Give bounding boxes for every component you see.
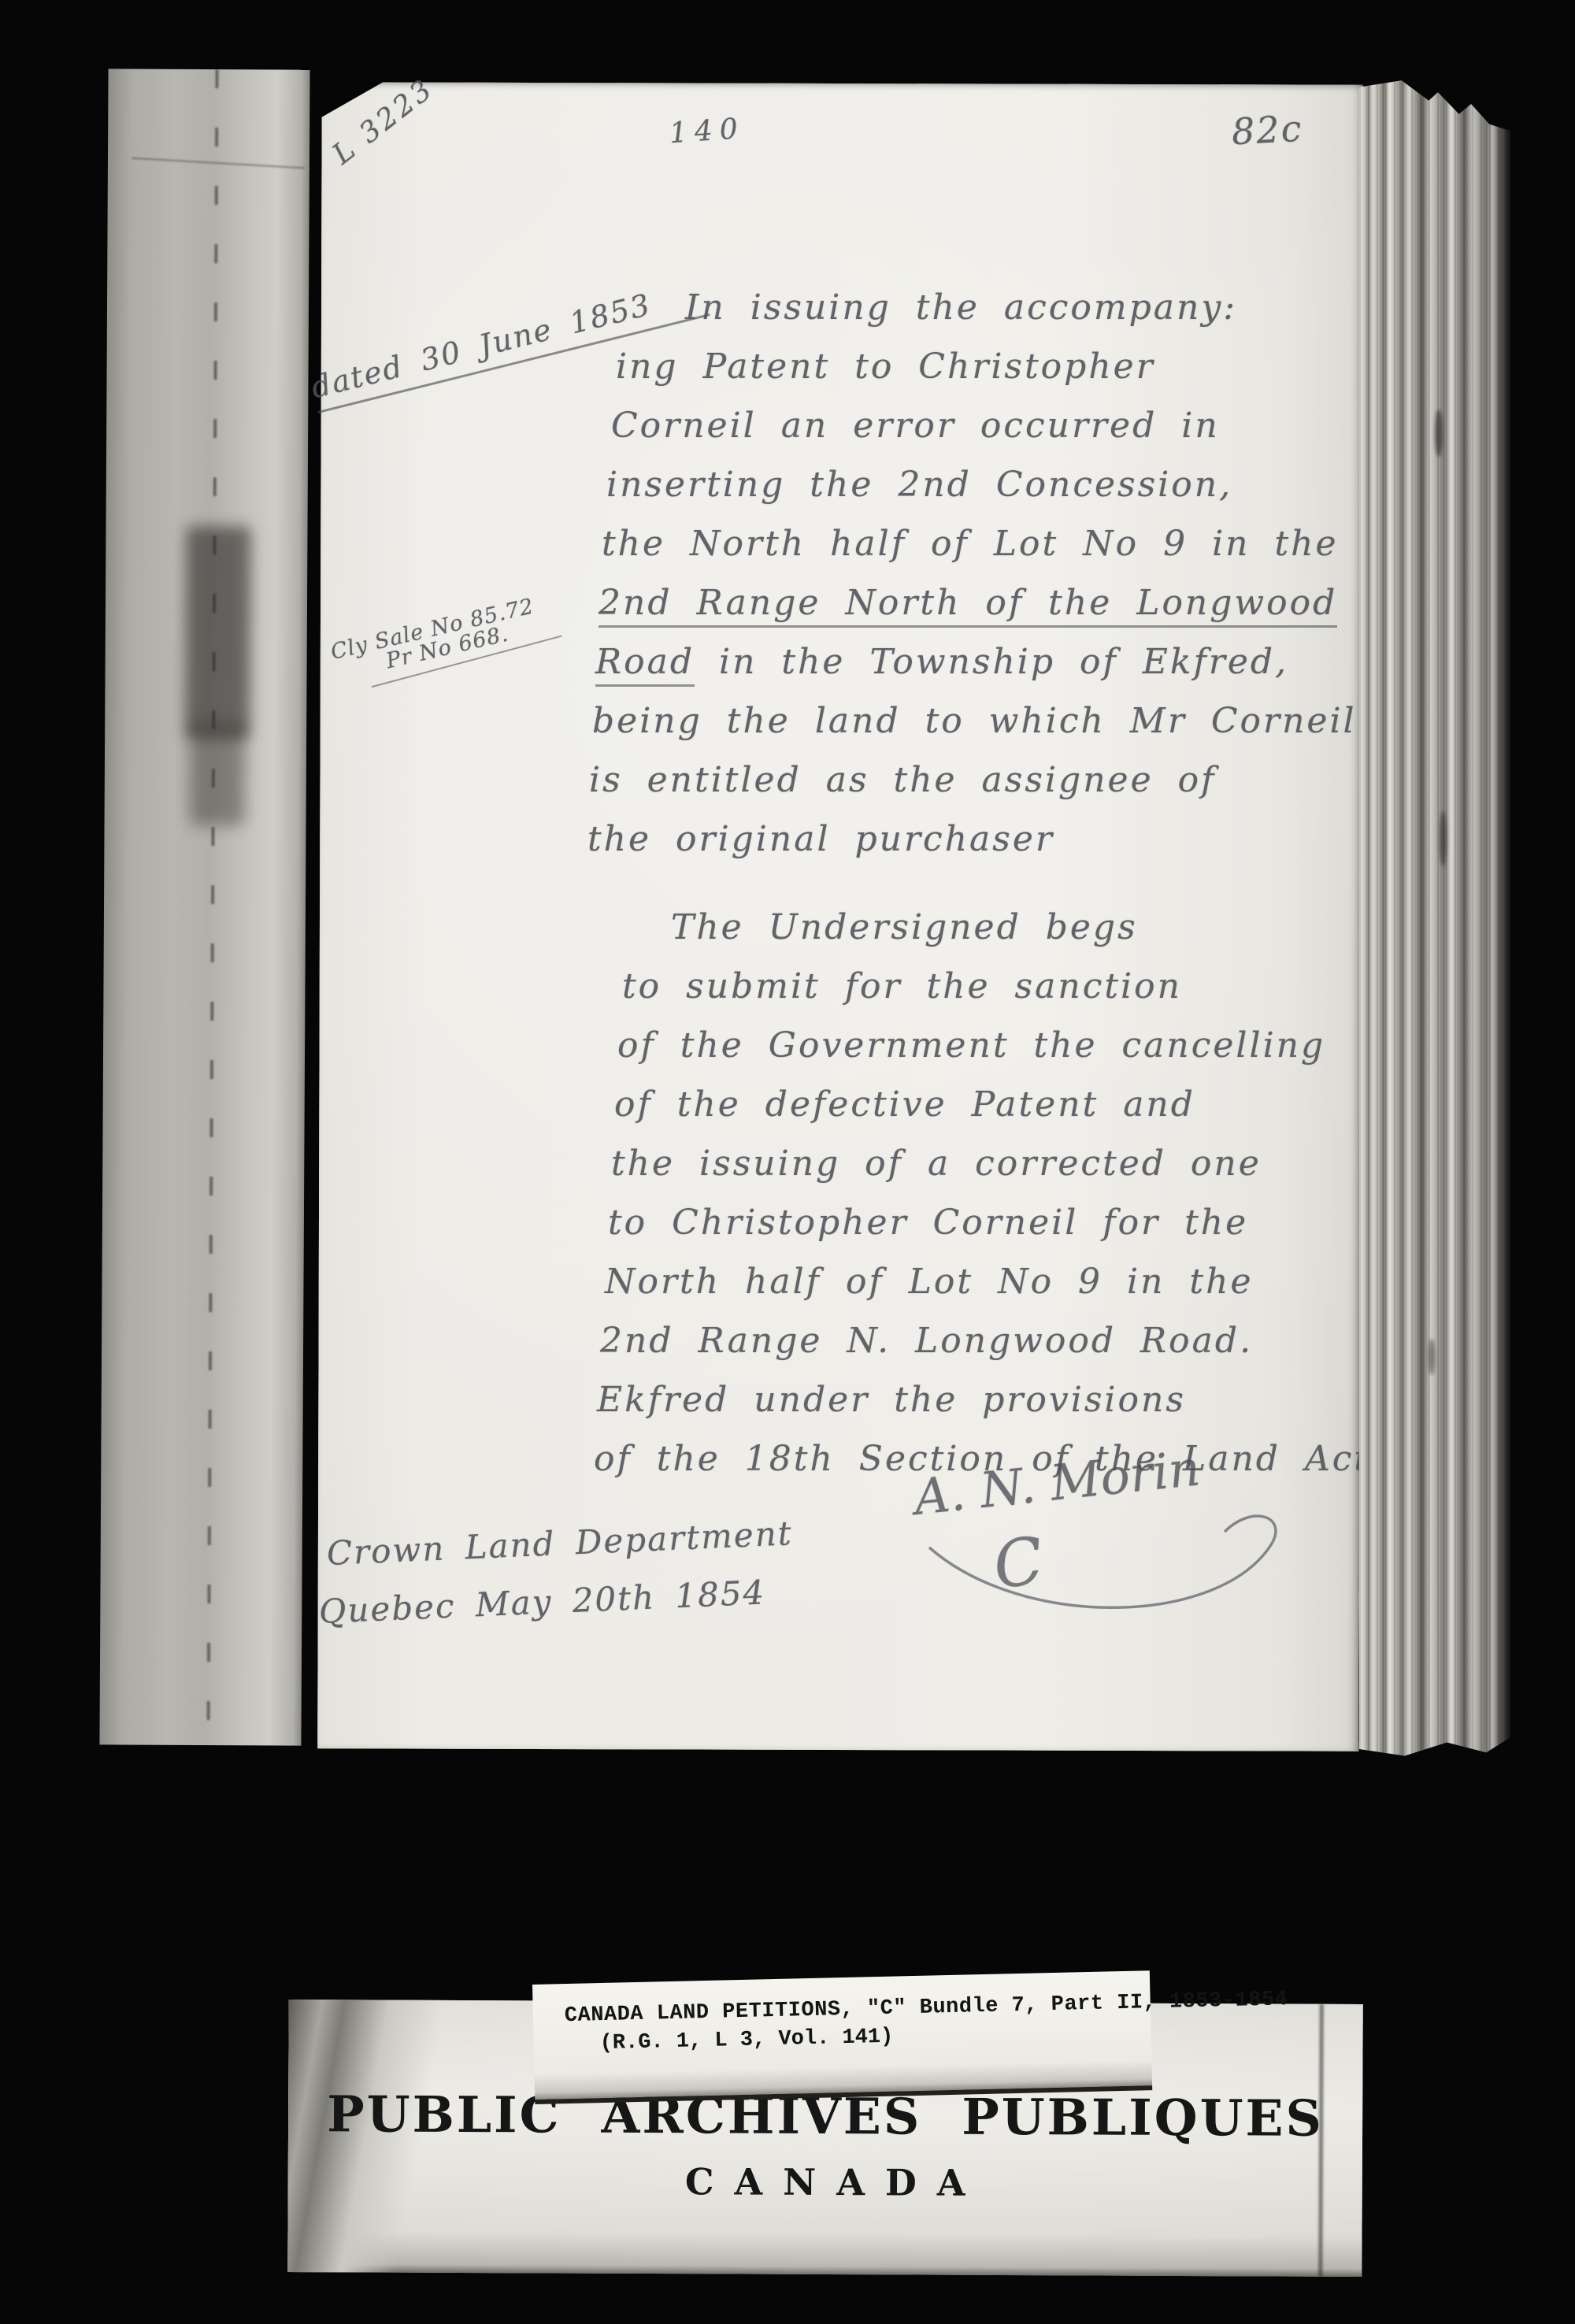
handwritten-line: is entitled as the assignee of: [589, 760, 1216, 800]
typed-archive-label: CANADA LAND PETITIONS, "C" Bundle 7, Par…: [532, 1970, 1152, 2104]
handwritten-line: inserting the 2nd Concession,: [606, 465, 1232, 505]
handwritten-line: to submit for the sanction: [622, 966, 1182, 1006]
page-stain: [190, 723, 246, 825]
page-number: 140: [669, 113, 746, 150]
handwritten-line: North half of Lot No 9 in the: [605, 1262, 1254, 1302]
handwritten-line: The Undersigned begs: [671, 907, 1138, 947]
handwritten-line: to Christopher Corneil for the: [608, 1203, 1248, 1243]
handwritten-text: in the Township of Ekfred,: [695, 642, 1288, 682]
handwritten-line: In issuing the accompany:: [685, 287, 1237, 328]
handwritten-line: being the land to which Mr Corneil: [592, 701, 1357, 741]
ink-bleed-mark: [1429, 1339, 1435, 1375]
page-stain: [185, 526, 250, 739]
handwritten-line: the issuing of a corrected one: [611, 1143, 1262, 1184]
handwritten-line: of the defective Patent and: [614, 1084, 1195, 1125]
signature-flourish: [906, 1500, 1315, 1642]
handwritten-line: the original purchaser: [587, 819, 1054, 859]
handwritten-line: Road in the Township of Ekfred,: [595, 642, 1288, 682]
handwritten-line: of the Government the cancelling: [617, 1025, 1325, 1066]
page-edge-streaks: [1359, 79, 1510, 1761]
underlined-text: Road: [595, 642, 695, 687]
handwritten-line: Corneil an error occurred in: [611, 406, 1220, 446]
page-stack-edge: [1359, 79, 1510, 1761]
left-page-edge: [99, 69, 309, 1745]
card-crease: [1318, 2004, 1324, 2277]
binding-seam: [206, 69, 218, 1745]
handwritten-line: Ekfred under the provisions: [597, 1380, 1186, 1420]
folio-number: 82c: [1231, 107, 1304, 154]
handwritten-line: the North half of Lot No 9 in the: [602, 524, 1339, 564]
ink-bleed-mark: [1440, 811, 1447, 866]
underlined-text: 2nd Range North of the Longwood: [598, 583, 1337, 628]
signature-initial: C: [989, 1523, 1048, 1604]
archives-subtitle: CANADA: [288, 2159, 1362, 2206]
microfilm-scan: L 3223 140 82c dated 30 June 1853 Cly Sa…: [0, 0, 1575, 2324]
ink-bleed-mark: [1435, 410, 1443, 457]
handwritten-line: ing Patent to Christopher: [616, 347, 1155, 387]
handwritten-line: 2nd Range North of the Longwood: [598, 583, 1337, 623]
handwritten-line: 2nd Range N. Longwood Road.: [600, 1321, 1253, 1361]
